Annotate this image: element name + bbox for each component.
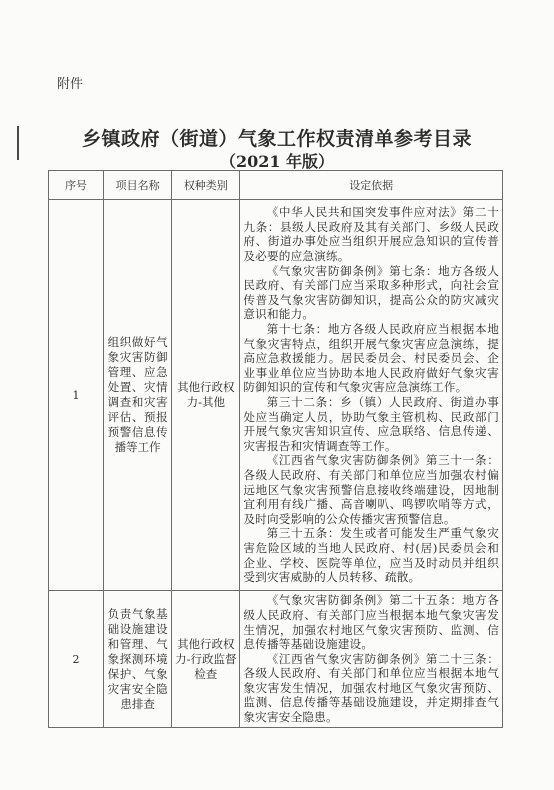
basis-paragraph: 第十七条：地方各级人民政府应当根据本地气象灾害特点，组织开展气象灾害应急演练，提…: [243, 322, 499, 395]
basis-paragraph: 《江西省气象灾害防御条例》第二十三条：各级人民政府、有关部门和单位应当根据本地气…: [243, 652, 499, 725]
item-name: 组织做好气象灾害防御管理、应急处置、灾情调查和灾害评估、预报预警信息传播等工作: [108, 335, 168, 455]
cell-type: 其他行政权力-其他: [172, 200, 240, 591]
cell-basis: 《中华人民共和国突发事件应对法》第二十九条：县级人民政府及其有关部门、乡级人民政…: [240, 200, 503, 591]
attachment-label: 附件: [57, 73, 83, 92]
cell-basis: 《气象灾害防御条例》第二十五条：地方各级人民政府、有关部门应当根据本地气象灾害发…: [240, 591, 503, 728]
cell-type: 其他行政权力-行政监督检查: [172, 591, 240, 728]
basis-paragraph: 《气象灾害防御条例》第七条：地方各级人民政府、有关部门应当采取多种形式，向社会宣…: [243, 264, 499, 322]
item-type: 其他行政权力-行政监督检查: [175, 637, 237, 682]
basis-paragraph: 第三十二条：乡（镇）人民政府、街道办事处应当确定人员，协助气象主管机构、民政部门…: [243, 395, 499, 453]
cell-name: 组织做好气象灾害防御管理、应急处置、灾情调查和灾害评估、预报预警信息传播等工作: [104, 200, 172, 591]
header-type: 权种类别: [172, 171, 240, 200]
basis-paragraph: 第三十五条：发生或者可能发生严重气象灾害危险区域的当地人民政府、村(居)民委员会…: [243, 526, 499, 584]
page-title: 乡镇政府（街道）气象工作权责清单参考目录: [0, 124, 554, 151]
cell-no: 2: [49, 591, 104, 728]
item-name: 负责气象基础设施建设和管理、气象探测环境保护、气象灾害安全隐患排查: [108, 607, 168, 712]
basis-paragraph: 《江西省气象灾害防御条例》第三十一条：各级人民政府、有关部门和单位应当加强农村偏…: [243, 453, 499, 526]
header-name: 项目名称: [104, 171, 172, 200]
basis-paragraph: 《中华人民共和国突发事件应对法》第二十九条：县级人民政府及其有关部门、乡级人民政…: [243, 205, 499, 263]
header-no: 序号: [49, 171, 104, 200]
responsibility-table: 序号 项目名称 权种类别 设定依据 1 组织做好气象灾害防御管理、应急处置、灾情…: [48, 170, 503, 728]
cell-no: 1: [49, 200, 104, 591]
cell-name: 负责气象基础设施建设和管理、气象探测环境保护、气象灾害安全隐患排查: [104, 591, 172, 728]
header-basis: 设定依据: [240, 171, 503, 200]
table-row: 1 组织做好气象灾害防御管理、应急处置、灾情调查和灾害评估、预报预警信息传播等工…: [49, 200, 503, 591]
basis-paragraph: 《气象灾害防御条例》第二十五条：地方各级人民政府、有关部门应当根据本地气象灾害发…: [243, 593, 499, 651]
table-header-row: 序号 项目名称 权种类别 设定依据: [49, 171, 503, 200]
page-subtitle: （2021 年版）: [0, 149, 554, 172]
table-row: 2 负责气象基础设施建设和管理、气象探测环境保护、气象灾害安全隐患排查 其他行政…: [49, 591, 503, 728]
